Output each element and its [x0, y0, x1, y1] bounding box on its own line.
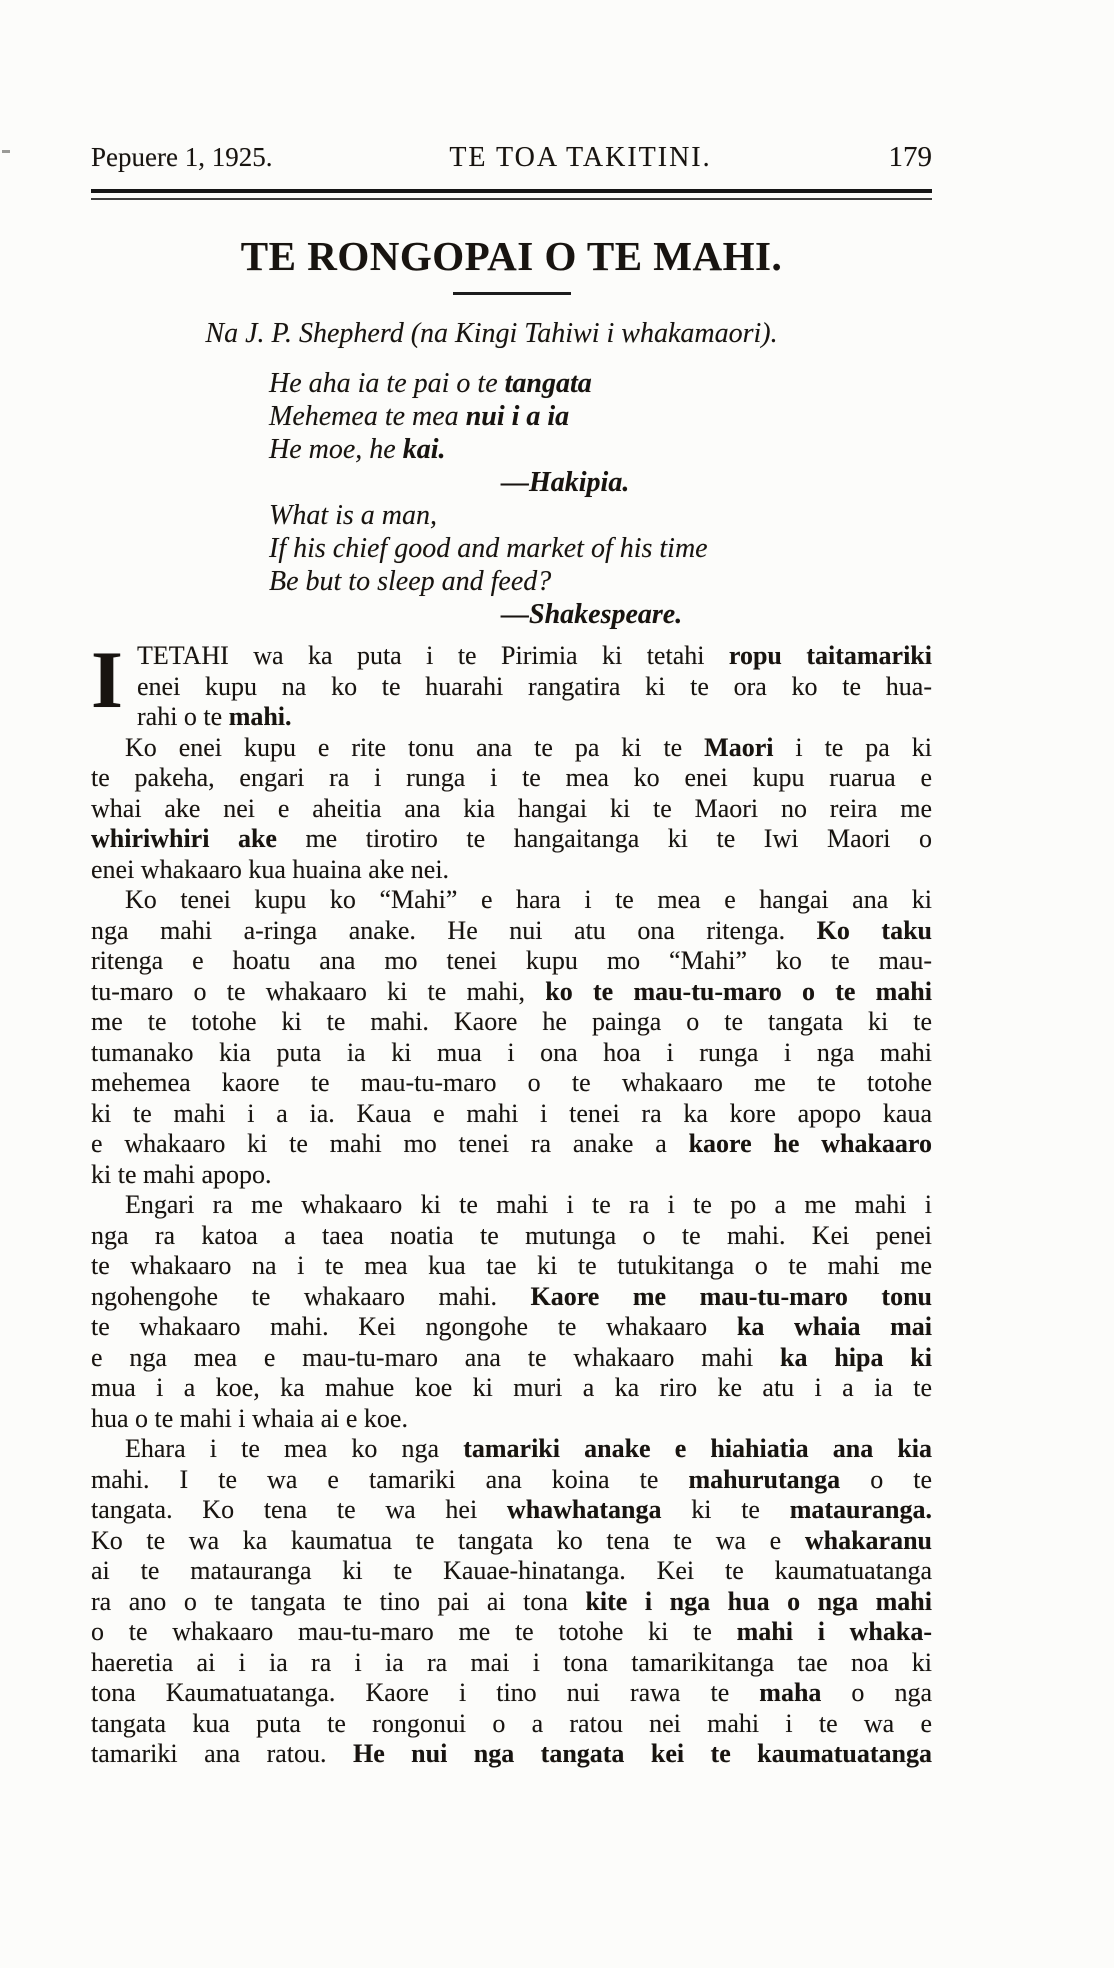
epigraph-line: Be but to sleep and feed? [269, 565, 932, 598]
body-line: ritenga e hoatu ana mo tenei kupu mo “Ma… [91, 946, 932, 977]
body-line: Engari ra me whakaaro ki te mahi i te ra… [91, 1190, 932, 1221]
byline: Na J. P. Shepherd (na Kingi Tahiwi i wha… [71, 317, 912, 351]
body-line: te whakaaro na i te mea kua tae ki te tu… [91, 1251, 932, 1282]
body-line: mua i a koe, ka mahue koe ki muri a ka r… [91, 1373, 932, 1404]
body-line: rahi o te mahi. [91, 702, 932, 733]
body-line: mehemea kaore te mau-tu-maro o te whakaa… [91, 1068, 932, 1099]
article-title: TE RONGOPAI O TE MAHI. [91, 234, 932, 278]
body-line: e whakaaro ki te mahi mo tenei ra anake … [91, 1129, 932, 1160]
masthead-title: TE TOA TAKITINI. [449, 141, 711, 175]
body-line: haeretia ai i ia ra i ia ra mai i tona t… [91, 1648, 932, 1679]
page: Pepuere 1, 1925. TE TOA TAKITINI. 179 TE… [0, 0, 1114, 1968]
header-date: Pepuere 1, 1925. [91, 140, 272, 174]
body-line: enei whakaaro kua huaina ake nei. [91, 855, 932, 886]
body-line: ki te mahi i a ia. Kaua e mahi i tenei r… [91, 1099, 932, 1130]
epigraph-attribution: —Shakespeare. [269, 598, 932, 631]
body-line: o te whakaaro mau-tu-maro me te totohe k… [91, 1617, 932, 1648]
body-line: ai te matauranga ki te Kauae-hinatanga. … [91, 1556, 932, 1587]
epigraph-english: What is a man,If his chief good and mark… [91, 499, 932, 631]
body-line: tangata kua puta te rongonui o a ratou n… [91, 1709, 932, 1740]
epigraph-line: He moe, he kai. [269, 433, 932, 466]
body-line: nga mahi a-ringa anake. He nui atu ona r… [91, 916, 932, 947]
body-line: tumanako kia puta ia ki mua i ona hoa i … [91, 1038, 932, 1069]
body-line: e nga mea e mau-tu-maro ana te whakaaro … [91, 1343, 932, 1374]
body-line: te pakeha, engari ra i runga i te mea ko… [91, 763, 932, 794]
body-line: ngohengohe te whakaaro mahi. Kaore me ma… [91, 1282, 932, 1313]
body-line: Ko te wa ka kaumatua te tangata ko tena … [91, 1526, 932, 1557]
paragraph: Engari ra me whakaaro ki te mahi i te ra… [91, 1190, 932, 1434]
paragraph: Ehara i te mea ko nga tamariki anake e h… [91, 1434, 932, 1770]
body-line: tona Kaumatuatanga. Kaore i tino nui raw… [91, 1678, 932, 1709]
body-line: hua o te mahi i whaia ai e koe. [91, 1404, 932, 1435]
epigraph-line: If his chief good and market of his time [269, 532, 932, 565]
body-line: TETAHI wa ka puta i te Pirimia ki tetahi… [91, 641, 932, 672]
body-line: tu-maro o te whakaaro ki te mahi, ko te … [91, 977, 932, 1008]
header-rule [91, 189, 932, 200]
body-line: whai ake nei e aheitia ana kia hangai ki… [91, 794, 932, 825]
body-line: nga ra katoa a taea noatia te mutunga o … [91, 1221, 932, 1252]
epigraph-line: Mehemea te mea nui i a ia [269, 400, 932, 433]
body-line: Ko tenei kupu ko “Mahi” e hara i te mea … [91, 885, 932, 916]
body-line: Ko enei kupu e rite tonu ana te pa ki te… [91, 733, 932, 764]
page-number: 179 [888, 140, 932, 174]
body-line: Ehara i te mea ko nga tamariki anake e h… [91, 1434, 932, 1465]
content-column: Pepuere 1, 1925. TE TOA TAKITINI. 179 TE… [91, 140, 932, 1770]
epigraph-line: He aha ia te pai o te tangata [269, 367, 932, 400]
paragraph: ITETAHI wa ka puta i te Pirimia ki tetah… [91, 641, 932, 733]
page-header: Pepuere 1, 1925. TE TOA TAKITINI. 179 [91, 140, 932, 175]
body-line: whiriwhiri ake me tirotiro te hangaitang… [91, 824, 932, 855]
body-line: mahi. I te wa e tamariki ana koina te ma… [91, 1465, 932, 1496]
epigraph-attribution: —Hakipia. [269, 466, 932, 499]
body-line: enei kupu na ko te huarahi rangatira ki … [91, 672, 932, 703]
body-line: tangata. Ko tena te wa hei whawhatanga k… [91, 1495, 932, 1526]
epigraph-line: What is a man, [269, 499, 932, 532]
body-line: te whakaaro mahi. Kei ngongohe te whakaa… [91, 1312, 932, 1343]
scan-artifact [2, 150, 10, 153]
epigraph-maori: He aha ia te pai o te tangataMehemea te … [91, 367, 932, 499]
body-line: ra ano o te tangata te tino pai ai tona … [91, 1587, 932, 1618]
body-line: tamariki ana ratou. He nui nga tangata k… [91, 1739, 932, 1770]
body-line: ki te mahi apopo. [91, 1160, 932, 1191]
drop-cap: I [91, 641, 137, 731]
body-line: me te totohe ki te mahi. Kaore he painga… [91, 1007, 932, 1038]
article-body: ITETAHI wa ka puta i te Pirimia ki tetah… [91, 641, 932, 1770]
paragraph: Ko enei kupu e rite tonu ana te pa ki te… [91, 733, 932, 886]
paragraph: Ko tenei kupu ko “Mahi” e hara i te mea … [91, 885, 932, 1190]
title-divider [453, 292, 571, 295]
